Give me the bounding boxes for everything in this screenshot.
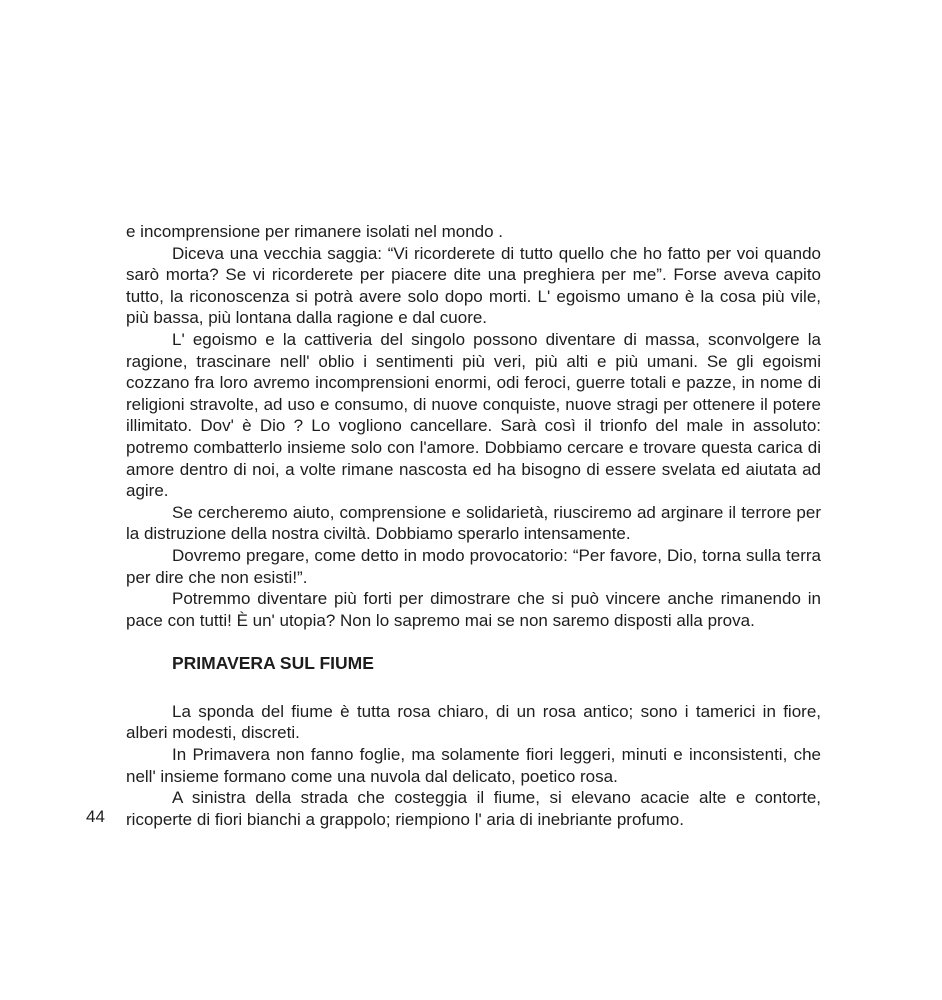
paragraph: Potremmo diventare più forti per dimostr…: [126, 588, 821, 631]
section-heading: PRIMAVERA SUL FIUME: [126, 653, 821, 675]
document-page: e incomprensione per rimanere isolati ne…: [0, 0, 942, 1000]
paragraph: Se cercheremo aiuto, comprensione e soli…: [126, 502, 821, 545]
page-text: e incomprensione per rimanere isolati ne…: [126, 221, 821, 830]
paragraph: Dovremo pregare, come detto in modo prov…: [126, 545, 821, 588]
paragraph: Diceva una vecchia saggia: “Vi ricordere…: [126, 243, 821, 329]
paragraph: A sinistra della strada che costeggia il…: [126, 787, 821, 830]
paragraph: La sponda del fiume è tutta rosa chiaro,…: [126, 701, 821, 744]
paragraph: In Primavera non fanno foglie, ma solame…: [126, 744, 821, 787]
paragraph: L' egoismo e la cattiveria del singolo p…: [126, 329, 821, 502]
page-number: 44: [86, 806, 105, 828]
paragraph: e incomprensione per rimanere isolati ne…: [126, 221, 821, 243]
